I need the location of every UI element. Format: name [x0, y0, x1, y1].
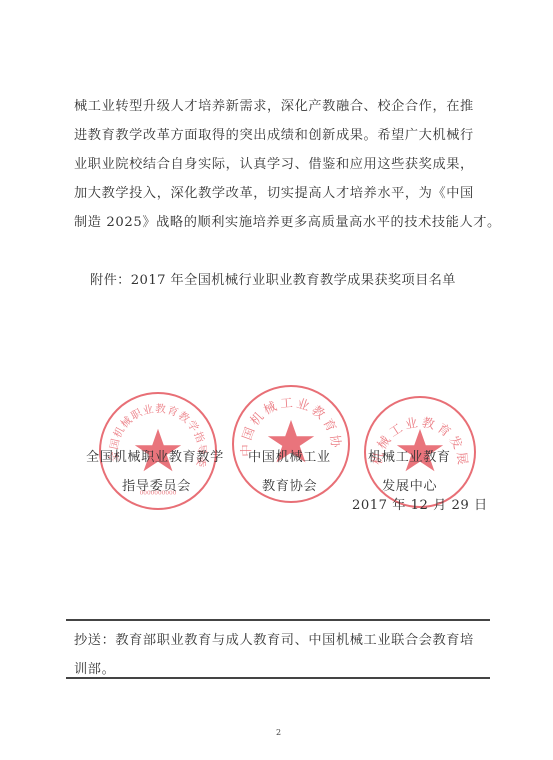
document-page: 械工业转型升级人才培养新需求，深化产教融合、校企合作，在推 进教育教学改革方面取…	[0, 0, 553, 760]
page-number: 2	[276, 728, 281, 737]
signatory-1-line1: 全国机械职业教育教学	[86, 446, 224, 465]
cc-line: 训部。	[74, 655, 490, 684]
cc-line: 抄送：教育部职业教育与成人教育司、中国机械工业联合会教育培	[74, 626, 490, 655]
signatory-3-line1: 机械工业教育	[368, 446, 451, 465]
divider-top	[66, 619, 490, 621]
body-line: 进教育教学改革方面取得的突出成绩和创新成果。希望广大机械行	[74, 121, 486, 150]
body-line: 制造 2025》战略的顺利实施培养更多高质量高水平的技术技能人才。	[74, 208, 486, 237]
signatory-1-line2: 指导委员会	[122, 475, 191, 494]
body-line: 业职业院校结合自身实际，认真学习、借鉴和应用这些获奖成果，	[74, 150, 486, 179]
body-paragraph: 械工业转型升级人才培养新需求，深化产教融合、校企合作，在推 进教育教学改革方面取…	[74, 92, 486, 237]
attachment-note: 附件：2017 年全国机械行业职业教育教学成果获奖项目名单	[90, 269, 456, 288]
issue-date: 2017 年 12 月 29 日	[352, 494, 488, 513]
divider-bottom	[66, 677, 490, 679]
body-line: 械工业转型升级人才培养新需求，深化产教融合、校企合作，在推	[74, 92, 486, 121]
signatory-3-line2: 发展中心	[382, 475, 437, 494]
body-line: 加大教学投入，深化教学改革，切实提高人才培养水平，为《中国	[74, 179, 486, 208]
signatory-2-line2: 教育协会	[262, 475, 317, 494]
signatory-2-line1: 中国机械工业	[248, 446, 331, 465]
cc-list: 抄送：教育部职业教育与成人教育司、中国机械工业联合会教育培 训部。	[74, 626, 490, 684]
